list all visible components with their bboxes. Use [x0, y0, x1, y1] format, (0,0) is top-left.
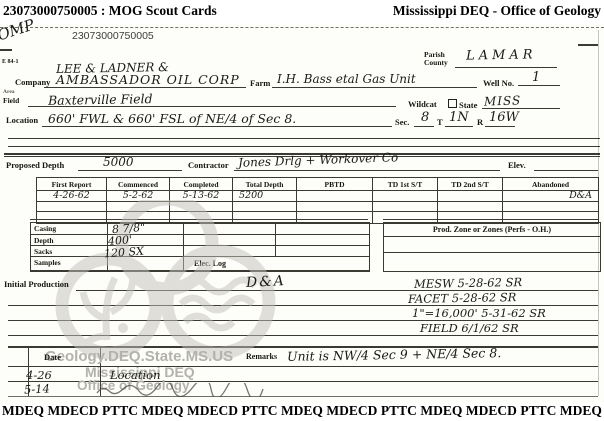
location-underline [42, 126, 392, 127]
prod-zone-box: Prod. Zone or Zones (Perfs - O.H.) [383, 222, 601, 272]
footer-token: MDEQ [560, 403, 602, 419]
company-underline [44, 87, 246, 88]
sec-underline [414, 126, 434, 127]
page-header-left: 23073000750005 : MOG Scout Cards [3, 3, 217, 19]
footer-token: PTTC [102, 403, 138, 419]
wildcat-label: Wildcat [408, 99, 437, 109]
footer-token: MDEQ [141, 403, 183, 419]
field-value: Baxterville Field [48, 91, 153, 108]
note-scale: 1"=16,000' 5-31-62 SR [412, 306, 546, 320]
location-value: 660' FWL & 660' FSL of NE/4 of Sec 8. [48, 111, 296, 126]
log-row-remark: Location [110, 368, 161, 382]
prod-zone-header: Prod. Zone or Zones (Perfs - O.H.) [384, 223, 600, 237]
company-value: AMBASSADOR OIL CORP [56, 72, 240, 87]
contractor-label: Contractor [188, 160, 229, 170]
rng-value: 16W [489, 110, 519, 125]
rng-label: R [477, 117, 483, 127]
abandoned-value: D&A [503, 191, 598, 202]
footer-token: MDECD [466, 403, 517, 419]
log-row-date: 5-14 [24, 381, 51, 396]
elev-underline [534, 170, 598, 171]
date-column-label: Date [44, 352, 61, 362]
initial-production-label: Initial Production [4, 279, 69, 289]
county-label: County [424, 58, 448, 67]
well-no-underline [518, 85, 560, 86]
footer-token: PTTC [520, 403, 556, 419]
twp-label: T [437, 117, 443, 127]
scan-top-edge [0, 27, 604, 28]
footer-token: MDECD [47, 403, 98, 419]
contractor-underline [234, 170, 500, 171]
footer-token: MDECD [326, 403, 377, 419]
watermark-url: Geology.DEQ.State.MS.US [45, 348, 233, 365]
company-label: Company [15, 77, 50, 87]
log-row-date: 4-26 [26, 368, 52, 382]
note-facet: FACET 5-28-62 SR [408, 290, 517, 306]
page-header-right: Mississippi DEQ - Office of Geology [393, 3, 601, 19]
corner-mark-right [578, 44, 598, 46]
page-footer: MDEQ MDECD PTTC MDEQ MDECD PTTC MDEQ MDE… [2, 403, 602, 419]
location-label: Location [6, 115, 38, 125]
proposed-depth-label: Proposed Depth [6, 160, 64, 170]
farm-value: I.H. Bass etal Gas Unit [277, 72, 416, 86]
casing-sacks-value: 120 SX [104, 245, 145, 261]
prodzone-top-double-line [383, 219, 599, 220]
footer-token: MDEQ [2, 403, 44, 419]
remarks-label: Remarks [246, 352, 277, 361]
well-no-label: Well No. [483, 78, 514, 88]
state-label: State [459, 100, 477, 110]
col-header: TD 1st S/T [373, 178, 438, 191]
td2-value [438, 191, 503, 202]
state-value: MISS [484, 93, 522, 108]
pbtd-value [297, 191, 373, 202]
county-underline [455, 67, 557, 68]
county-value: LAMAR [466, 47, 537, 63]
mdeq-logo-watermark [45, 200, 280, 360]
sec-value: 8 [421, 110, 429, 125]
twp-value: 1N [449, 110, 469, 125]
farm-label: Farm [250, 78, 270, 88]
footer-token: MDECD [187, 403, 238, 419]
area-label: Area [3, 89, 15, 95]
footer-token: PTTC [241, 403, 277, 419]
form-number: E 84-1 [2, 59, 19, 65]
illegible-handwriting [95, 383, 275, 397]
footer-token: MDEQ [420, 403, 462, 419]
blank-line [8, 146, 600, 147]
proposed-depth-value: 5000 [103, 155, 134, 169]
prod-zone-line [384, 252, 600, 253]
proposed-depth-underline [78, 170, 182, 171]
col-header: TD 2nd S/T [438, 178, 503, 191]
well-no-value: 1 [532, 70, 540, 85]
scout-card-page: 23073000750005 : MOG Scout Cards Mississ… [0, 0, 604, 421]
note-mesw: MESW 5-28-62 SR [414, 275, 522, 291]
twp-underline [445, 126, 473, 127]
farm-underline [272, 87, 477, 88]
api-number-stamp: 23073000750005 [72, 30, 154, 42]
footer-token: MDEQ [281, 403, 323, 419]
td1-value [373, 191, 438, 202]
initial-production-value: D&A [246, 273, 287, 291]
wildcat-checkbox [448, 99, 457, 108]
rng-underline [485, 126, 515, 127]
col-header: PBTD [297, 178, 373, 191]
elev-label: Elev. [508, 160, 526, 170]
footer-token: PTTC [381, 403, 417, 419]
field-label: Field [3, 96, 19, 105]
sec-label: Sec. [395, 117, 409, 127]
corner-dash [0, 49, 12, 51]
blank-line [8, 138, 600, 139]
note-field: FIELD 6/1/62 SR [420, 321, 519, 335]
